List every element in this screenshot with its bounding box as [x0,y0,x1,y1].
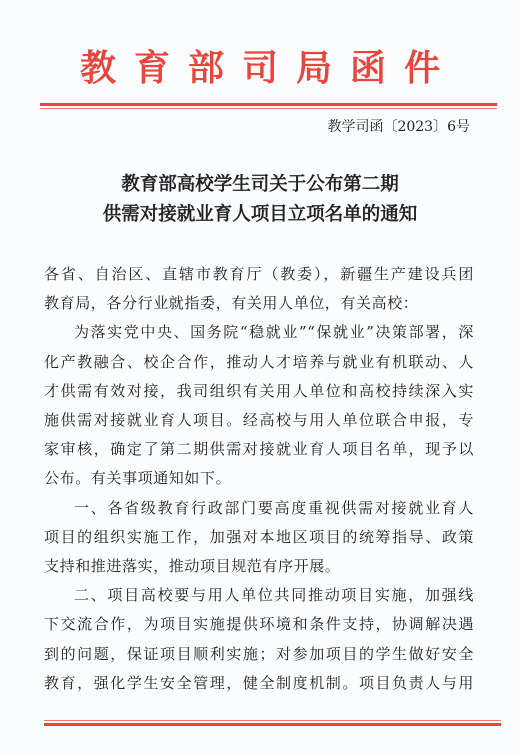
body-line: 公布。有关事项通知如下。 [44,464,474,493]
body-line-salutation-1: 各省、自治区、直辖市教育厅（教委），新疆生产建设兵团 [44,260,474,289]
letterhead-title: 教育部司局函件 [0,46,520,90]
body-line: 才供需有效对接，我司组织有关用人单位和高校持续深入实 [44,377,474,406]
body-line: 二、项目高校要与用人单位共同推动项目实施，加强线 [44,581,474,610]
body-line: 家审核，确定了第二期供需对接就业育人项目名单，现予以 [44,435,474,464]
letterhead-bottom-rule [44,720,501,726]
body-line-salutation-2: 教育局，各分行业就指委，有关用人单位，有关高校： [44,289,474,318]
body-line: 一、各省级教育行政部门要高度重视供需对接就业育人 [44,494,474,523]
document-number: 教学司函〔2023〕6号 [327,117,470,137]
body-line: 支持和推进落实，推动项目规范有序开展。 [44,552,474,581]
document-title-line-2: 供需对接就业育人项目立项名单的通知 [0,200,520,230]
body-line: 到的问题，保证项目顺利实施；对参加项目的学生做好安全 [44,640,474,669]
document-title: 教育部高校学生司关于公布第二期 供需对接就业育人项目立项名单的通知 [0,170,520,230]
document-body: 各省、自治区、直辖市教育厅（教委），新疆生产建设兵团 教育局，各分行业就指委，有… [44,260,474,698]
body-line: 为落实党中央、国务院“稳就业”“保就业”决策部署，深 [44,318,474,347]
body-line: 项目的组织实施工作，加强对本地区项目的统筹指导、政策 [44,523,474,552]
body-line: 施供需对接就业育人项目。经高校与用人单位联合申报，专 [44,406,474,435]
body-line: 化产教融合、校企合作，推动人才培养与就业有机联动、人 [44,348,474,377]
letterhead-top-rule [40,103,497,109]
body-line: 下交流合作，为项目实施提供环境和条件支持，协调解决遇 [44,610,474,639]
body-line: 教育，强化学生安全管理，健全制度机制。项目负责人与用 [44,669,474,698]
document-title-line-1: 教育部高校学生司关于公布第二期 [0,170,520,200]
